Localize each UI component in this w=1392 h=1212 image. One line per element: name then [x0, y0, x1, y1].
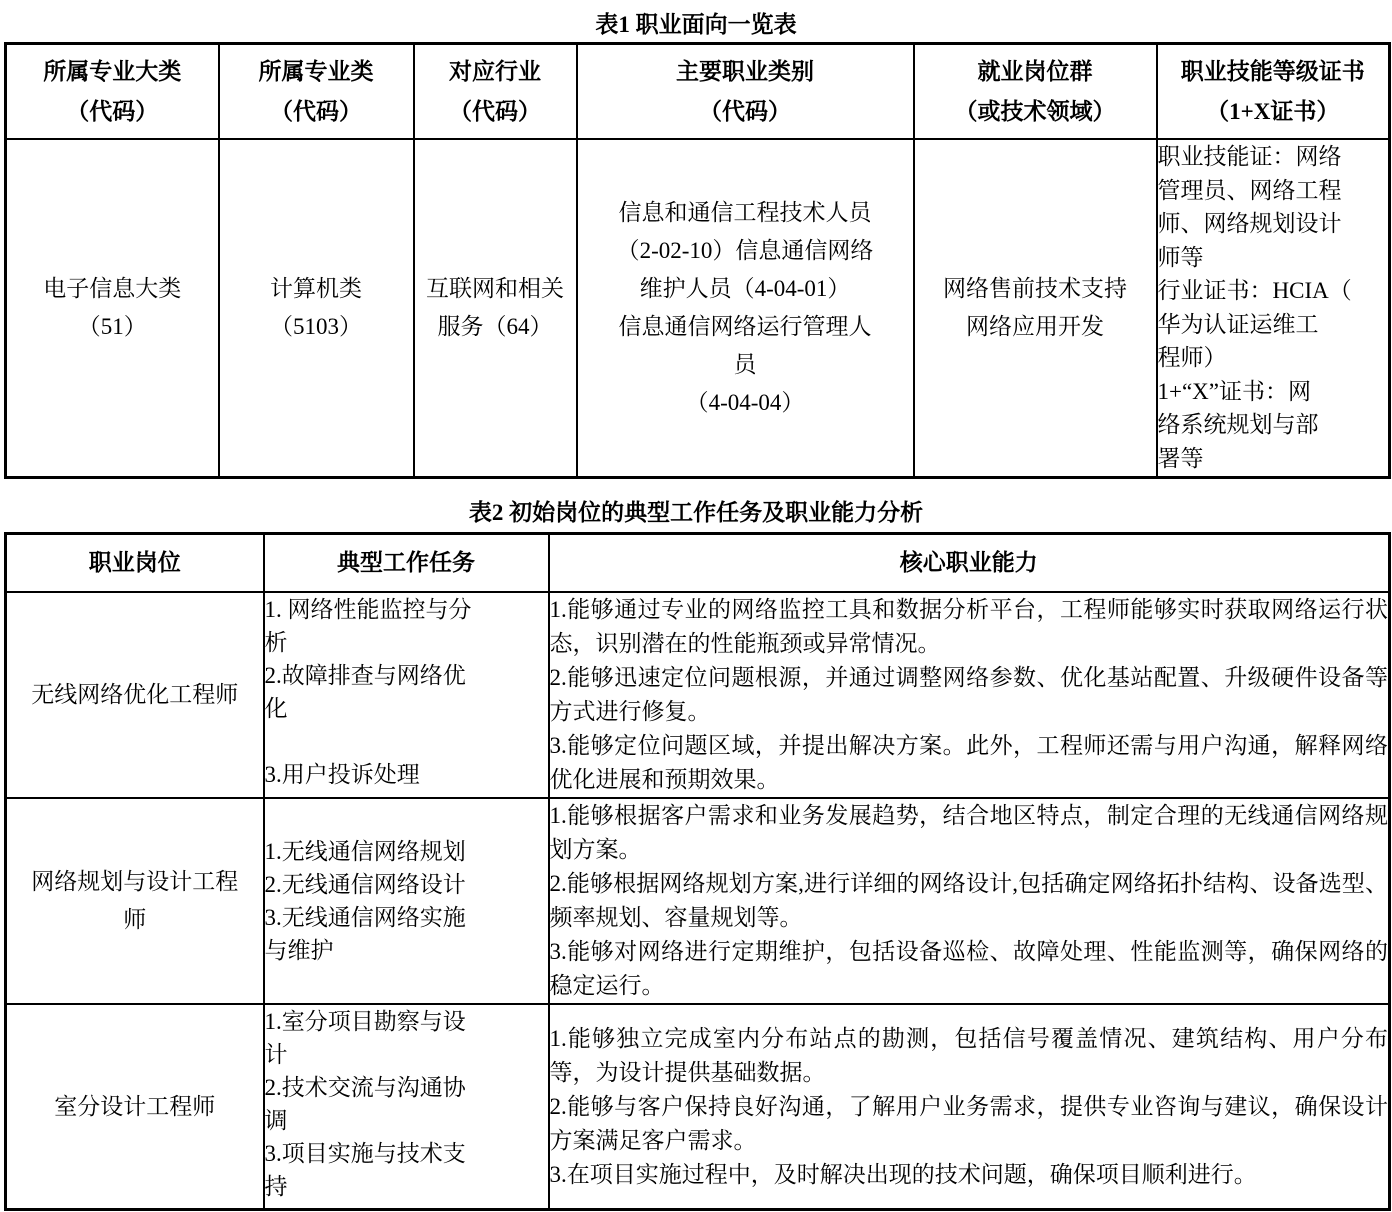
document-page: 表1 职业面向一览表 所属专业大类 （代码） 所属专业类 （代码） 对应行业 （… — [0, 0, 1392, 1212]
ability-item: 1.能够独立完成室内分布站点的勘测，包括信号覆盖情况、建筑结构、用户分布等，为设… — [550, 1022, 1389, 1090]
cell-certificates: 职业技能证：网络 管理员、网络工程 师、网络规划设计 师等 行业证书：HCIA（… — [1157, 139, 1390, 478]
task-line: 2.故障排查与网络优 化 — [265, 659, 548, 725]
table2-tasks-abilities: 职业岗位 典型工作任务 核心职业能力 无线网络优化工程师 1. 网络性能监控与分… — [4, 532, 1391, 1211]
cell-position: 室分设计工程师 — [6, 1004, 264, 1210]
table1-header-job-group: 就业岗位群 （或技术领域） — [914, 44, 1157, 140]
cell-position: 网络规划与设计工程 师 — [6, 798, 264, 1004]
task-line: 1. 网络性能监控与分 析 — [265, 593, 548, 659]
table1-header-major-category: 所属专业大类 （代码） — [6, 44, 219, 140]
ability-item: 3.能够定位问题区域，并提出解决方案。此外，工程师还需与用户沟通，解释网络优化进… — [550, 729, 1389, 797]
cell-industry: 互联网和相关 服务（64） — [414, 139, 577, 478]
table2-header-row: 职业岗位 典型工作任务 核心职业能力 — [6, 534, 1390, 593]
task-line: 1.室分项目勘察与设 计 — [265, 1005, 548, 1071]
table1-career-orientation: 所属专业大类 （代码） 所属专业类 （代码） 对应行业 （代码） 主要职业类别 … — [4, 42, 1391, 479]
table1-data-row: 电子信息大类 （51） 计算机类 （5103） 互联网和相关 服务（64） 信息… — [6, 139, 1390, 478]
task-line: 2.技术交流与沟通协 调 — [265, 1071, 548, 1137]
task-line: 3.用户投诉处理 — [265, 758, 548, 791]
cell-position: 无线网络优化工程师 — [6, 592, 264, 798]
table1-title: 表1 职业面向一览表 — [0, 0, 1392, 42]
task-line-spacer — [265, 725, 548, 758]
table1-header-occupation-category: 主要职业类别 （代码） — [577, 44, 914, 140]
cell-tasks: 1.室分项目勘察与设 计 2.技术交流与沟通协 调 3.项目实施与技术支 持 — [264, 1004, 549, 1210]
table2-header-position: 职业岗位 — [6, 534, 264, 593]
ability-item: 3.能够对网络进行定期维护，包括设备巡检、故障处理、性能监测等，确保网络的稳定运… — [550, 935, 1389, 1003]
cell-job-group: 网络售前技术支持 网络应用开发 — [914, 139, 1157, 478]
ability-item: 2.能够根据网络规划方案,进行详细的网络设计,包括确定网络拓扑结构、设备选型、频… — [550, 867, 1389, 935]
ability-item: 2.能够与客户保持良好沟通，了解用户业务需求，提供专业咨询与建议，确保设计方案满… — [550, 1090, 1389, 1158]
task-line: 3.项目实施与技术支 持 — [265, 1137, 548, 1203]
cell-major-category: 电子信息大类 （51） — [6, 139, 219, 478]
cell-abilities: 1.能够根据客户需求和业务发展趋势，结合地区特点，制定合理的无线通信网络规划方案… — [549, 798, 1390, 1004]
task-line: 2.无线通信网络设计 — [265, 868, 548, 901]
table2-header-tasks: 典型工作任务 — [264, 534, 549, 593]
ability-item: 2.能够迅速定位问题根源，并通过调整网络参数、优化基站配置、升级硬件设备等方式进… — [550, 661, 1389, 729]
task-line: 3.无线通信网络实施 与维护 — [265, 901, 548, 967]
cell-tasks: 1. 网络性能监控与分 析 2.故障排查与网络优 化 3.用户投诉处理 — [264, 592, 549, 798]
table1-header-row: 所属专业大类 （代码） 所属专业类 （代码） 对应行业 （代码） 主要职业类别 … — [6, 44, 1390, 140]
table2-row-network-planning-design: 网络规划与设计工程 师 1.无线通信网络规划 2.无线通信网络设计 3.无线通信… — [6, 798, 1390, 1004]
ability-item: 1.能够通过专业的网络监控工具和数据分析平台，工程师能够实时获取网络运行状态，识… — [550, 593, 1389, 661]
cell-abilities: 1.能够通过专业的网络监控工具和数据分析平台，工程师能够实时获取网络运行状态，识… — [549, 592, 1390, 798]
table1-header-industry: 对应行业 （代码） — [414, 44, 577, 140]
ability-item: 1.能够根据客户需求和业务发展趋势，结合地区特点，制定合理的无线通信网络规划方案… — [550, 799, 1389, 867]
cell-specialty-category: 计算机类 （5103） — [219, 139, 414, 478]
table2-title: 表2 初始岗位的典型工作任务及职业能力分析 — [0, 479, 1392, 532]
cell-occupation-category: 信息和通信工程技术人员 （2-02-10）信息通信网络 维护人员（4-04-01… — [577, 139, 914, 478]
cell-abilities: 1.能够独立完成室内分布站点的勘测，包括信号覆盖情况、建筑结构、用户分布等，为设… — [549, 1004, 1390, 1210]
cell-tasks: 1.无线通信网络规划 2.无线通信网络设计 3.无线通信网络实施 与维护 — [264, 798, 549, 1004]
ability-item: 3.在项目实施过程中，及时解决出现的技术问题，确保项目顺利进行。 — [550, 1158, 1389, 1192]
table1-header-specialty-category: 所属专业类 （代码） — [219, 44, 414, 140]
task-line: 1.无线通信网络规划 — [265, 835, 548, 868]
table1-header-certificates: 职业技能等级证书 （1+X证书） — [1157, 44, 1390, 140]
table2-row-indoor-distribution-design: 室分设计工程师 1.室分项目勘察与设 计 2.技术交流与沟通协 调 3.项目实施… — [6, 1004, 1390, 1210]
table2-header-abilities: 核心职业能力 — [549, 534, 1390, 593]
table2-row-wireless-optimization: 无线网络优化工程师 1. 网络性能监控与分 析 2.故障排查与网络优 化 3.用… — [6, 592, 1390, 798]
